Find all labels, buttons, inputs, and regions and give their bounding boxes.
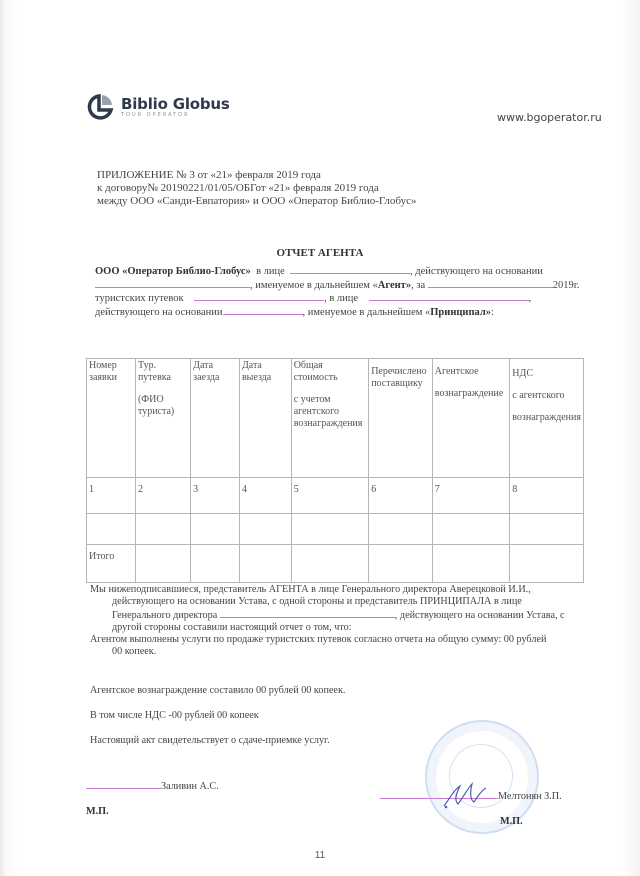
logo-mark-icon (85, 92, 115, 122)
agent-fee-statement: Агентское вознаграждение составило 00 ру… (90, 685, 345, 696)
blank-vouchers[interactable] (194, 291, 324, 301)
table-row-column-numbers: 1 2 3 4 5 6 7 8 (87, 478, 584, 514)
blank-principal-basis[interactable] (223, 305, 303, 315)
blank-period[interactable] (428, 278, 553, 288)
vat-statement: В том числе НДС -00 рублей 00 копеек (90, 710, 259, 721)
appendix-line-3: между ООО «Санди-Евпатория» и ООО «Опера… (97, 195, 416, 208)
agent-signatory-name: Заливин А.С. (161, 781, 219, 792)
blank-principal-director[interactable] (220, 608, 395, 618)
services-summary: Агентом выполнены услуги по продаже тури… (90, 634, 600, 646)
total-label: Итого (87, 545, 136, 583)
table-header-row: Номерзаявки Тур.путевка(ФИОтуриста) Дата… (87, 359, 584, 478)
table-row-empty (87, 514, 584, 545)
report-table: Номерзаявки Тур.путевка(ФИОтуриста) Дата… (86, 358, 584, 583)
blank-principal-representative[interactable] (369, 291, 529, 301)
principal-signatory-name: Мелтонян З.П. (498, 791, 562, 802)
appendix-reference: ПРИЛОЖЕНИЕ № 3 от «21» февраля 2019 года… (97, 169, 416, 208)
intro-paragraph: ООО «Оператор Библио-Глобус» в лице , де… (95, 264, 605, 318)
blank-agent-representative[interactable] (290, 264, 410, 274)
acceptance-statement: Настоящий акт свидетельствует о сдаче-пр… (90, 735, 330, 746)
appendix-line-2: к договору№ 20190221/01/05/ОБГот «21» фе… (97, 182, 416, 195)
agent-signature-line: Заливин А.С. (86, 779, 219, 792)
agent-signature-blank[interactable] (86, 779, 161, 789)
header-agent-fee: Агентскоевознаграждение (432, 359, 509, 478)
logo-name: Biblio Globus (121, 96, 230, 112)
document-title: ОТЧЕТ АГЕНТА (0, 247, 640, 259)
blank-agent-basis[interactable] (95, 278, 250, 288)
principal-seal-place: М.П. (500, 816, 523, 827)
header-vat-on-fee: НДСс агентскоговознаграждения (510, 359, 584, 478)
header-paid-to-supplier: Перечисленопоставщику (369, 359, 433, 478)
logo-subtitle: TOUR OPERATOR (121, 112, 230, 119)
header-tour-voucher: Тур.путевка(ФИОтуриста) (135, 359, 190, 478)
website-url: www.bgoperator.ru (497, 111, 602, 124)
table-row-total: Итого (87, 545, 584, 583)
statement-paragraph: Мы нижеподписавшиеся, представитель АГЕН… (90, 584, 600, 658)
header-departure-date: Датавыезда (239, 359, 291, 478)
biblio-globus-logo: Biblio Globus TOUR OPERATOR (85, 92, 230, 122)
appendix-line-1: ПРИЛОЖЕНИЕ № 3 от «21» февраля 2019 года (97, 169, 416, 182)
header-total-cost: Общаястоимостьс учетомагентскоговознагра… (291, 359, 369, 478)
header-request-number: Номерзаявки (87, 359, 136, 478)
agent-seal-place: М.П. (86, 806, 109, 817)
header-arrival-date: Датазаезда (191, 359, 240, 478)
page-number: 11 (0, 850, 640, 861)
handwritten-signature-icon (440, 780, 500, 815)
agent-company: ООО «Оператор Библио-Глобус» (95, 266, 251, 277)
